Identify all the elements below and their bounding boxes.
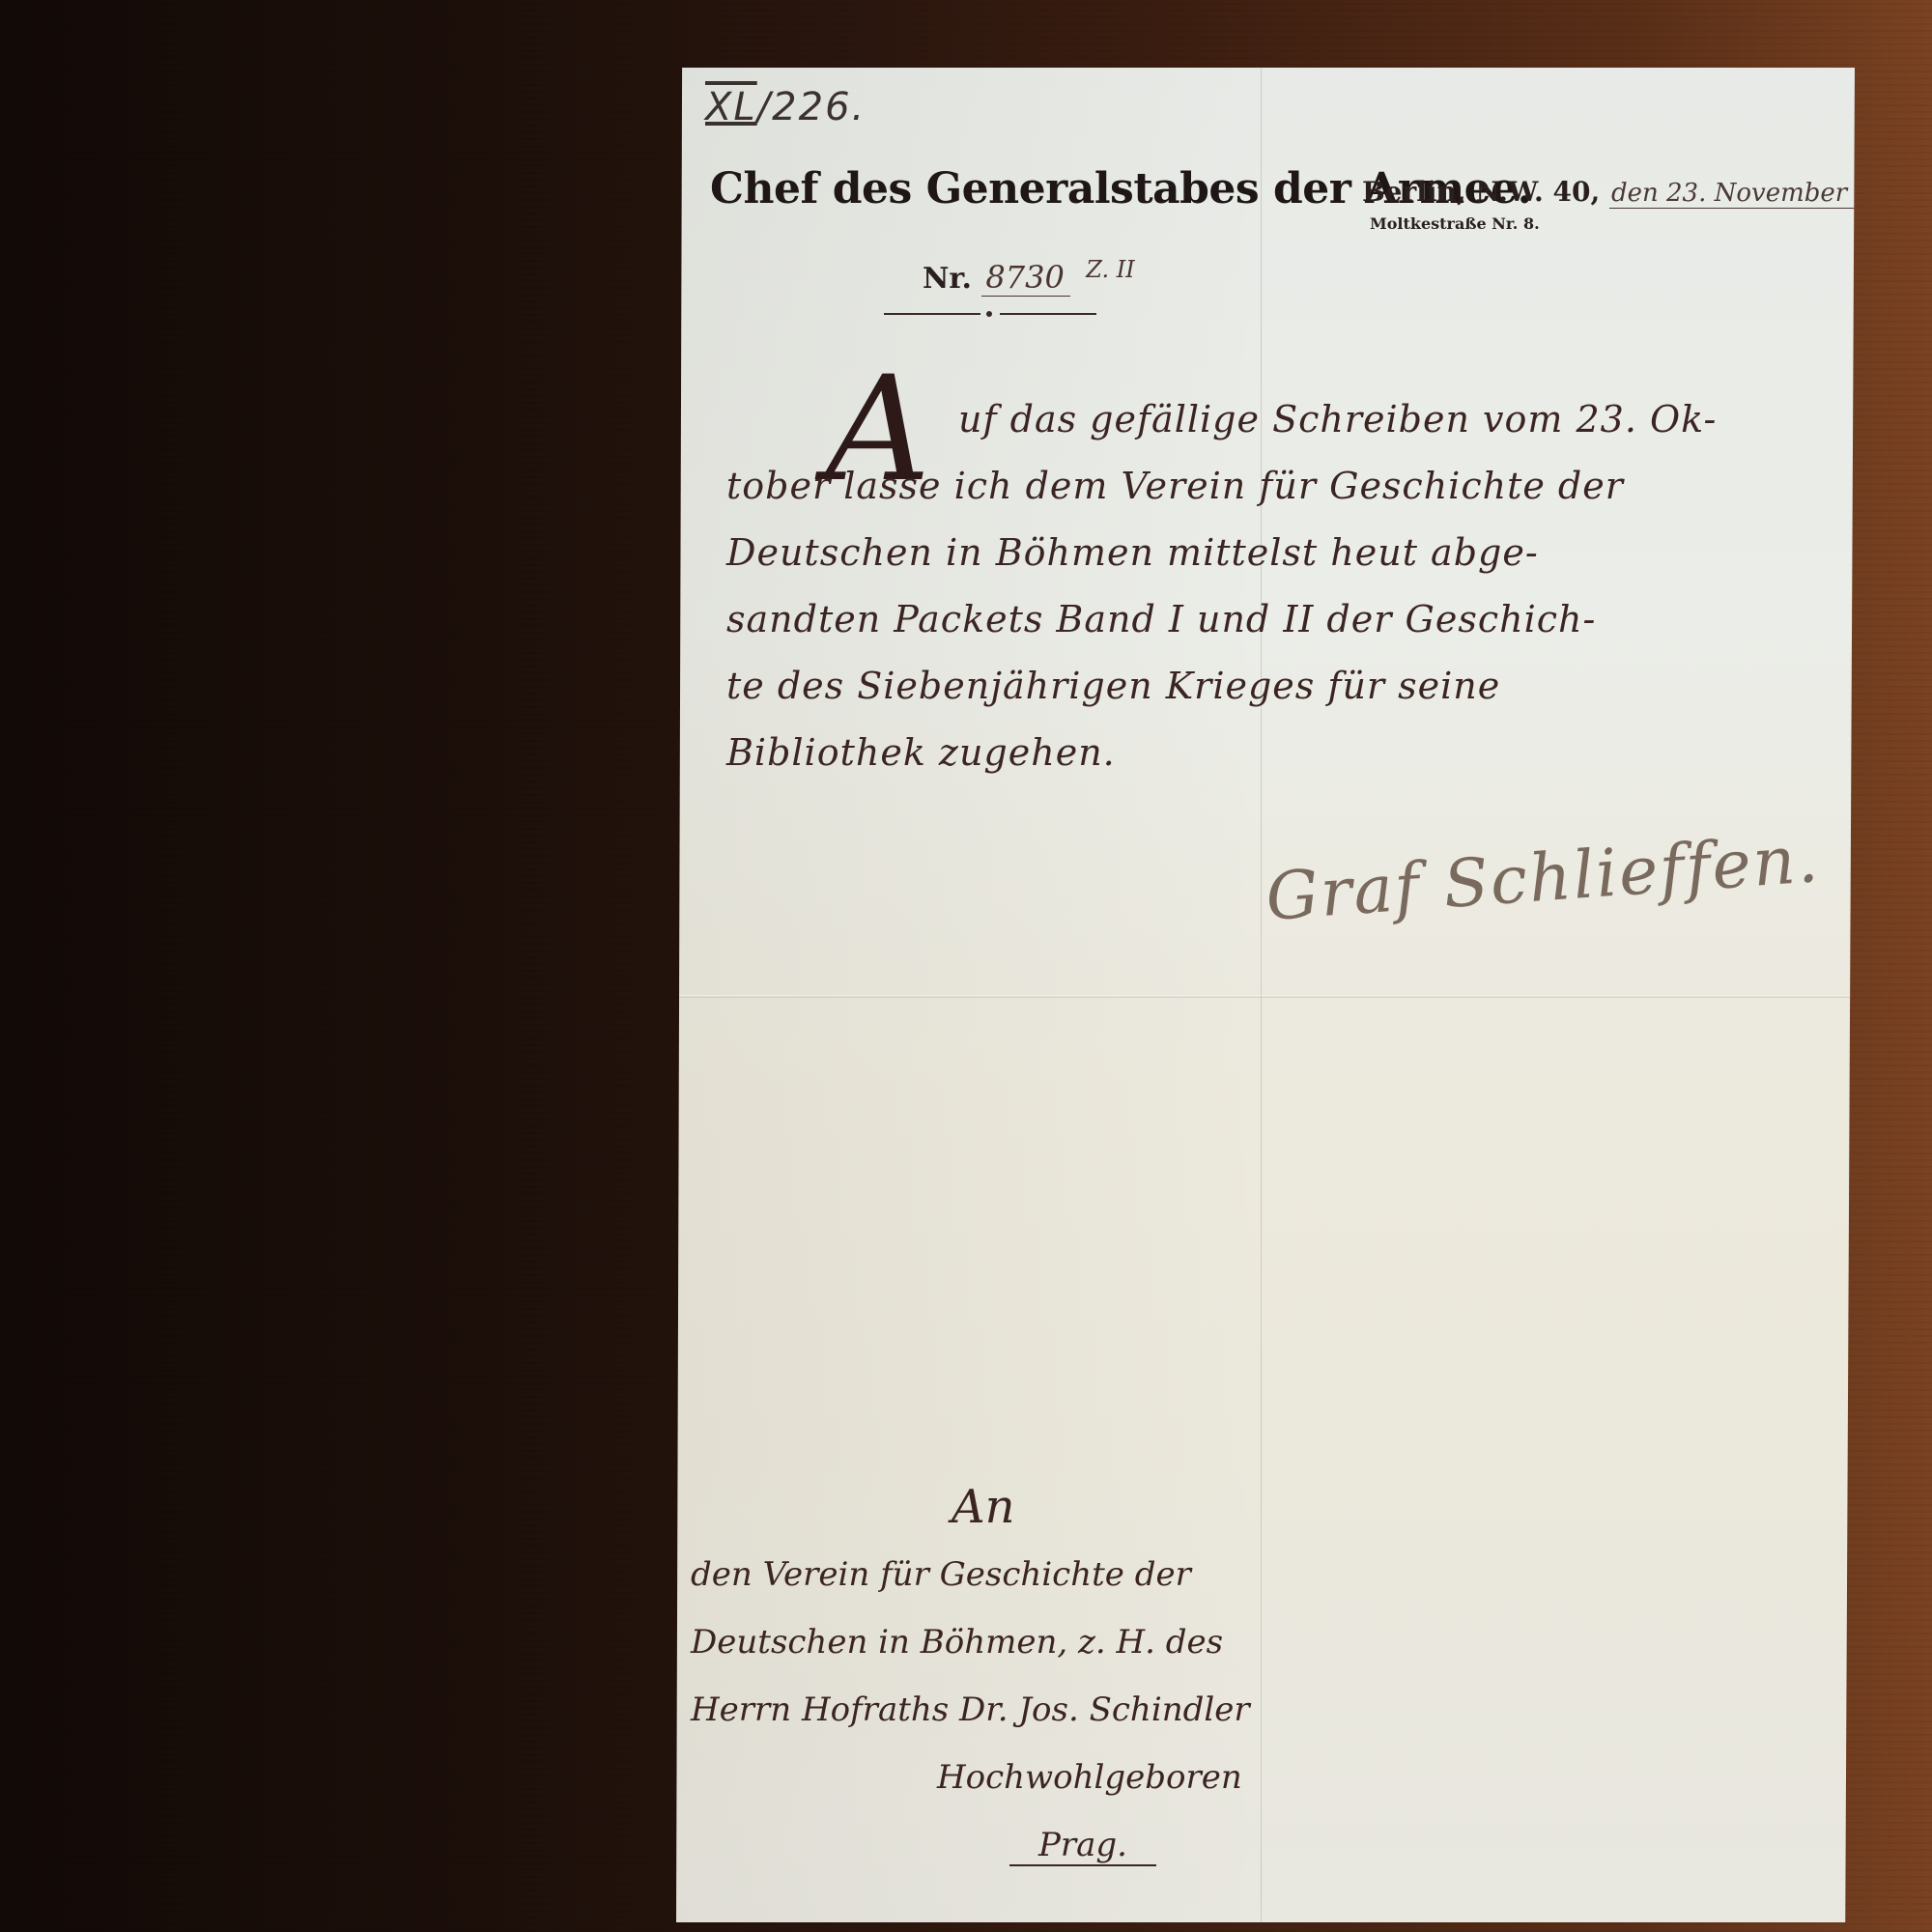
body-line: tober lasse ich dem Verein für Geschicht… xyxy=(726,453,1808,520)
address-line: Deutschen in Böhmen, z. H. des xyxy=(691,1608,1270,1676)
reference-department: Z. II xyxy=(1086,256,1134,283)
reference-number: Nr. 8730 Z. II xyxy=(923,256,1135,296)
body-line: Deutschen in Böhmen mittelst heut abge- xyxy=(726,520,1808,586)
body-line: Bibliothek zugehen. xyxy=(726,720,1808,786)
letter-sheet: XL/226. Chef des Generalstabes der Armee… xyxy=(676,68,1855,1922)
archive-number: /226. xyxy=(757,85,867,129)
recipient-address: An den Verein für Geschichte der Deutsch… xyxy=(691,1473,1270,1879)
place: Berlin, N.W. 40, xyxy=(1362,176,1600,208)
ornamental-divider xyxy=(884,309,1096,319)
signature: Graf Schlieffen. xyxy=(1264,821,1822,936)
letter-body: uf das gefällige Schreiben vom 23. Ok- t… xyxy=(726,386,1808,786)
address-honorific: Hochwohlgeboren xyxy=(691,1744,1270,1811)
body-line: te des Siebenjährigen Krieges für seine xyxy=(726,653,1808,720)
reference-value: 8730 xyxy=(981,259,1069,297)
body-line: uf das gefällige Schreiben vom 23. Ok- xyxy=(726,386,1808,453)
address-city-wrap: Prag. xyxy=(691,1811,1270,1879)
divider-dot xyxy=(986,311,992,317)
address-line: den Verein für Geschichte der xyxy=(691,1541,1270,1608)
address-line: Herrn Hofraths Dr. Jos. Schindler xyxy=(691,1676,1270,1744)
horizontal-fold-line xyxy=(676,995,1855,998)
street-address: Moltkestraße Nr. 8. xyxy=(1370,214,1540,233)
place-and-date: Berlin, N.W. 40, den 23. November 1901. xyxy=(1362,176,1929,208)
address-salutation: An xyxy=(691,1473,1270,1541)
body-line: sandten Packets Band I und II der Geschi… xyxy=(726,586,1808,653)
reference-prefix: Nr. xyxy=(923,262,972,296)
archive-mark: XL/226. xyxy=(705,85,866,129)
date: den 23. November 1901. xyxy=(1609,179,1929,209)
address-city: Prag. xyxy=(1009,1826,1156,1866)
archive-series: XL xyxy=(705,85,757,129)
